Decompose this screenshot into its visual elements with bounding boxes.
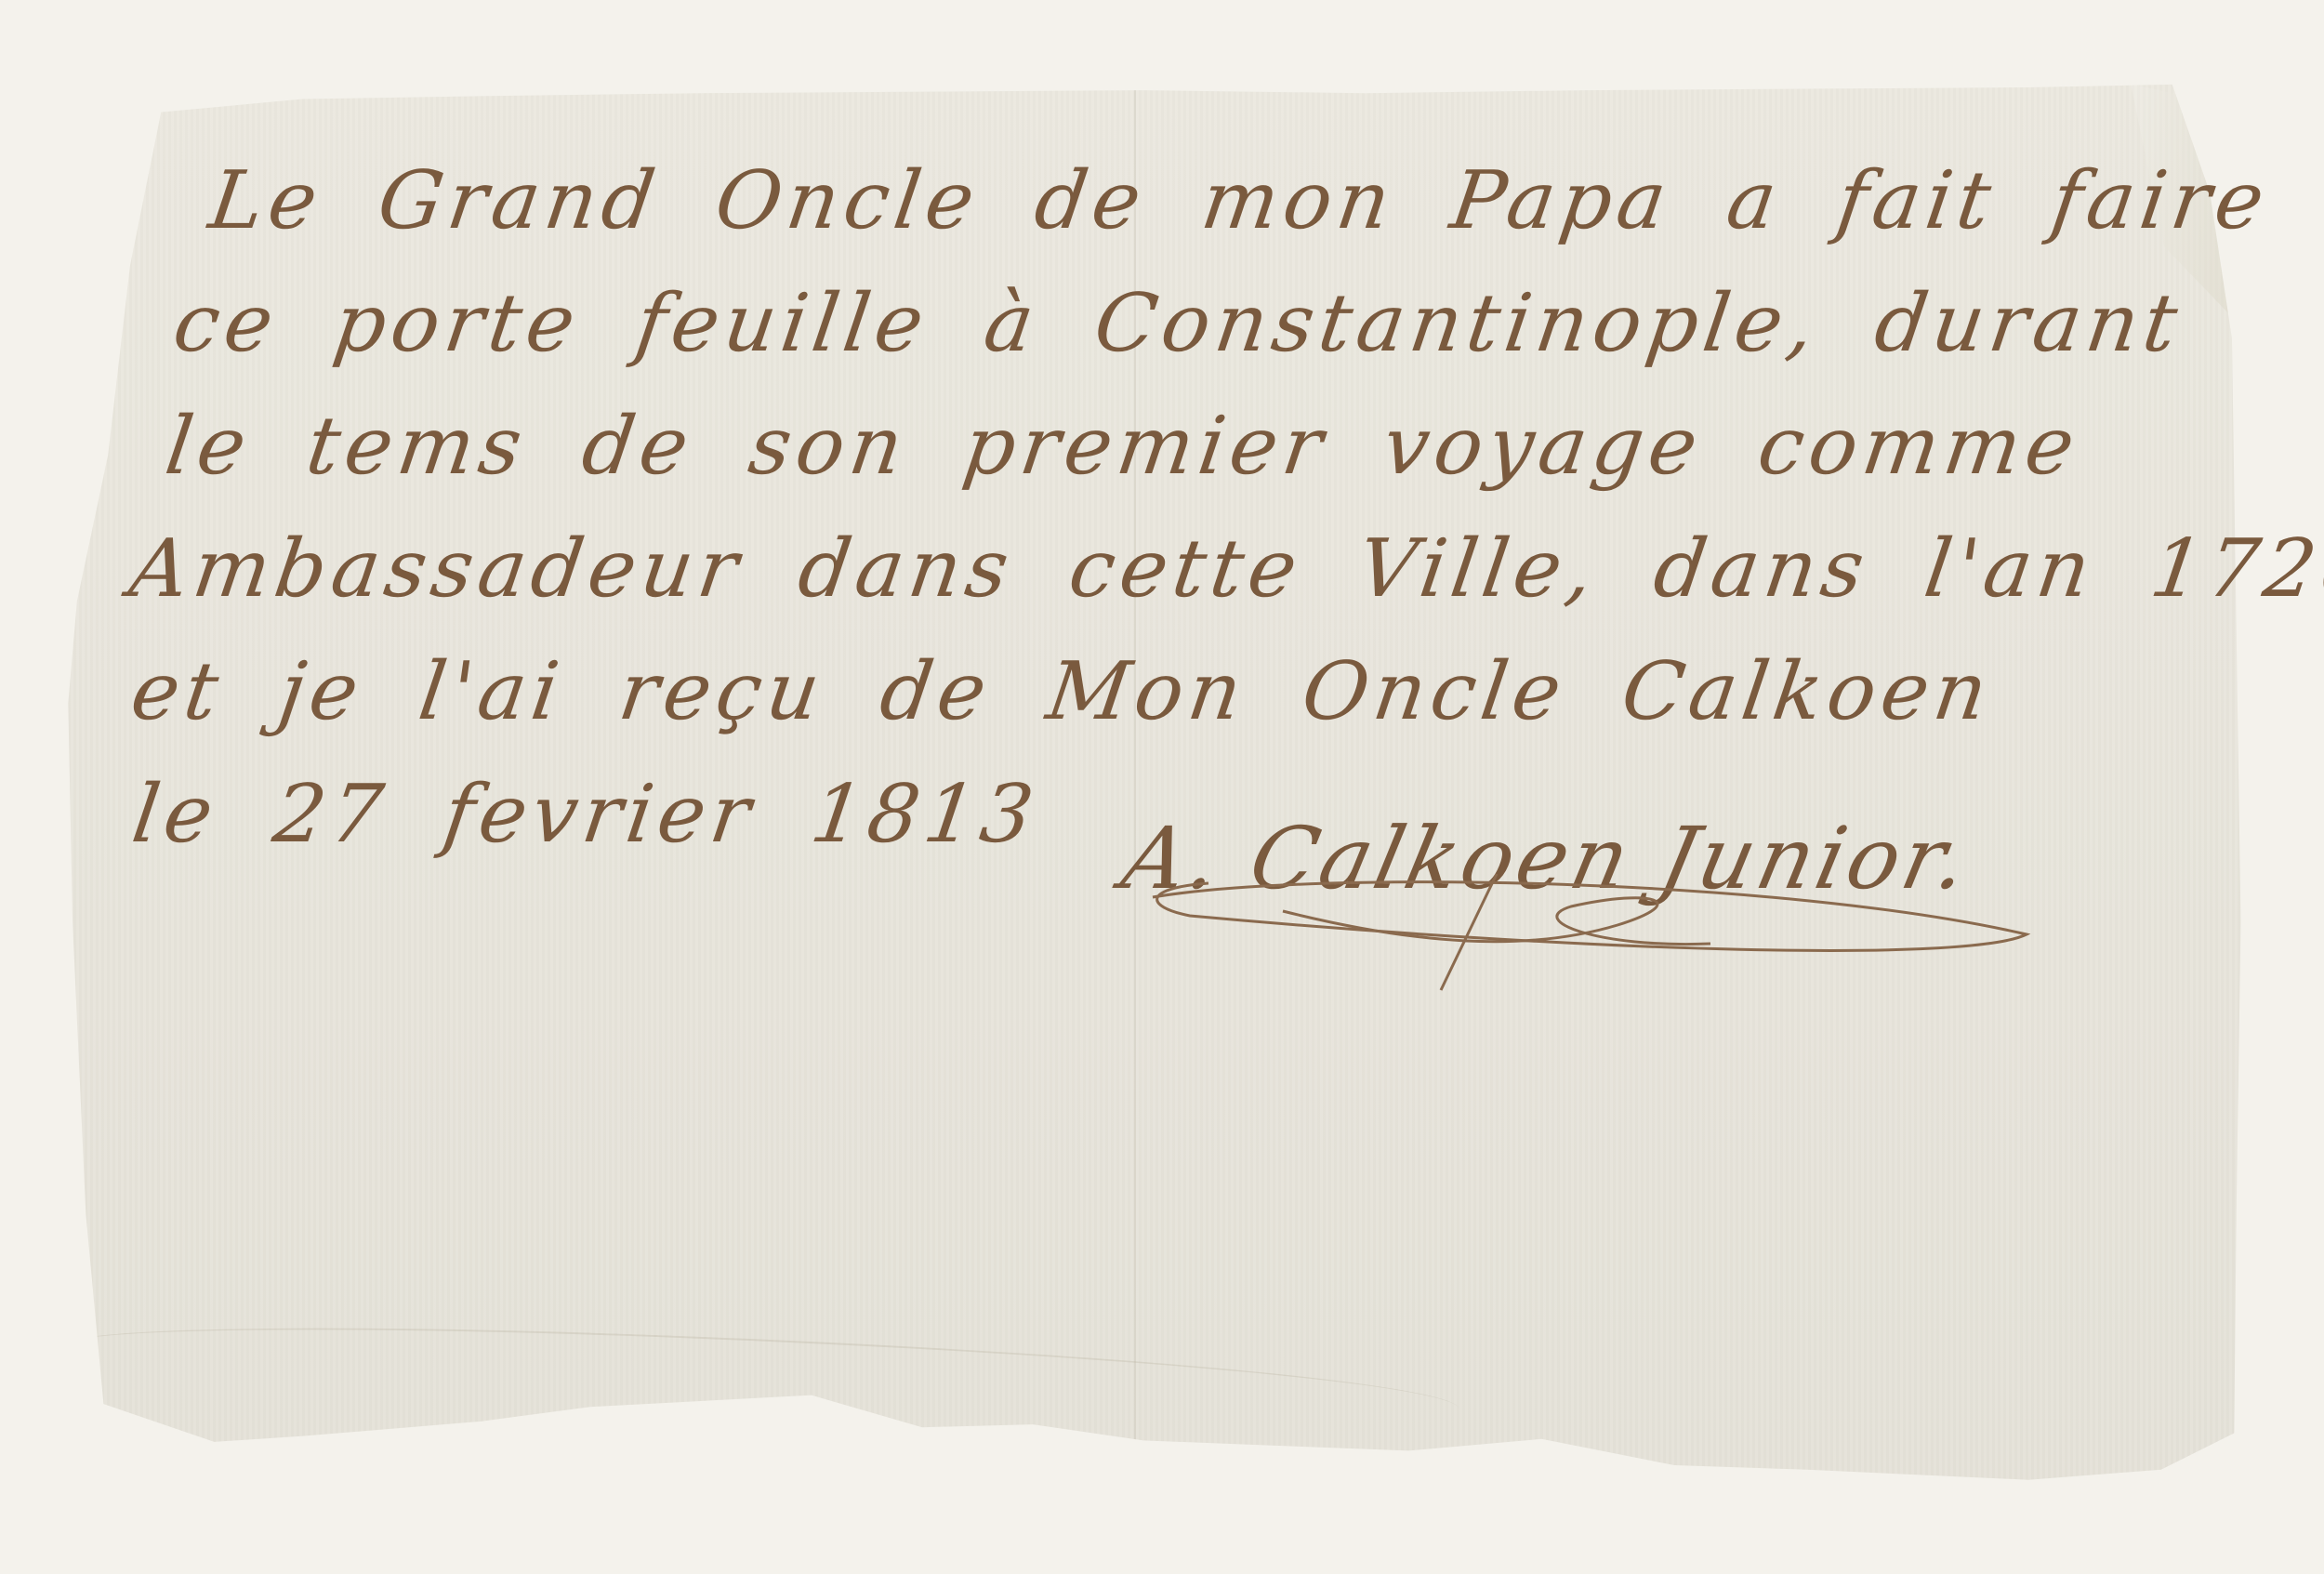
letter-line: Le Grand Oncle de mon Papa a fait faire (165, 139, 2227, 262)
handwritten-letter: Le Grand Oncle de mon Papa a fait faire … (78, 139, 2226, 876)
letter-line: Ambassadeur dans cette Ville, dans l'an … (112, 508, 2175, 630)
signature-flourish-icon (1134, 869, 2045, 999)
scan-background: Le Grand Oncle de mon Papa a fait faire … (0, 0, 2324, 1574)
letter-line: et je l'ai reçu de Mon Oncle Calkoen (96, 630, 2159, 753)
letter-line: le tems de son premier voyage comme (130, 385, 2193, 508)
letter-line: ce porte feuille à Constantinople, duran… (148, 262, 2211, 385)
lower-tear-crease (64, 1315, 1460, 1439)
